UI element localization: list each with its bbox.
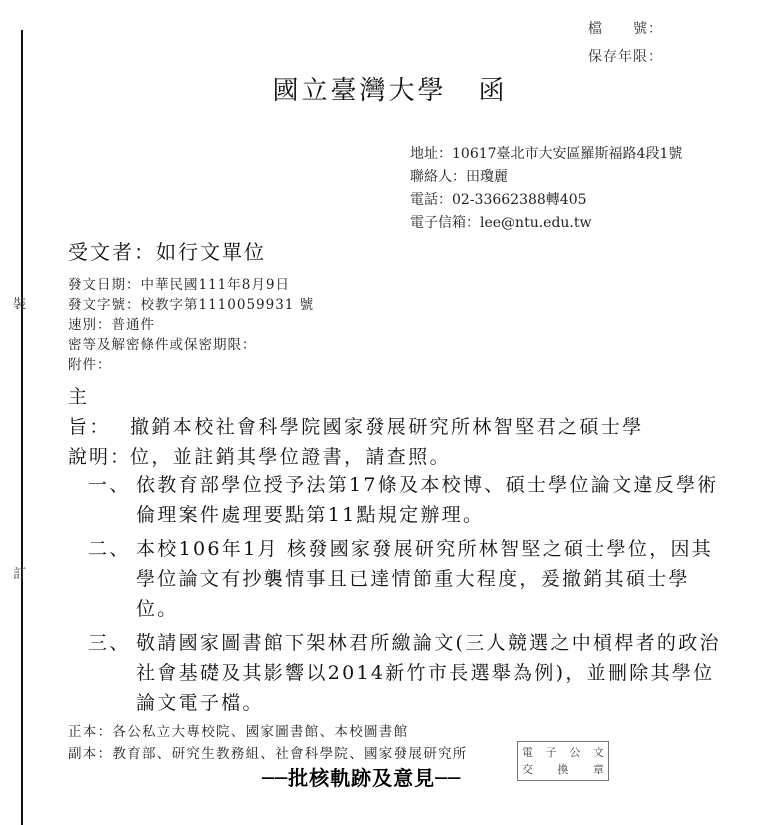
- stamp-char: 電: [522, 744, 533, 761]
- item-number: 二、: [88, 534, 131, 564]
- item-number: 一、: [88, 470, 131, 500]
- retention-period-label: 保存年限：: [588, 46, 663, 66]
- document-number: 發文字號：校教字第1110059931 號: [68, 295, 314, 315]
- explanation-item: 三、 敬請國家圖書館下架林君所繳論文(三人競選之中槓桿者的政治社會基礎及其影響以…: [88, 628, 728, 718]
- sender-contact-block: 地址：10617臺北市大安區羅斯福路4段1號 聯絡人：田瓊麗 電話：02-336…: [410, 143, 682, 235]
- recipient: 受文者：如行文單位: [68, 236, 266, 265]
- approval-trail-heading: ──批核軌跡及意見──: [262, 762, 461, 791]
- binding-mark-ding: 訂: [13, 567, 26, 583]
- explanation-item: 一、 依教育部學位授予法第17條及本校博、碩士學位論文違反學術倫理案件處理要點第…: [88, 470, 728, 530]
- stamp-char: 章: [593, 761, 604, 778]
- binding-mark-zhuang: 裝: [13, 297, 26, 313]
- stamp-char: 公: [569, 744, 580, 761]
- contact-phone: 電話：02-33662388轉405: [410, 189, 682, 212]
- issue-date: 發文日期：中華民國111年8月9日: [68, 275, 314, 295]
- document-title: 國立臺灣大學函: [0, 70, 780, 107]
- stamp-char: 文: [593, 744, 604, 761]
- stamp-char: 換: [558, 761, 569, 778]
- delivery-speed: 速別：普通件: [68, 315, 314, 335]
- distribution-block: 正本：各公私立大專校院、國家圖書館、本校圖書館 副本：教育部、研究生教務組、社會…: [68, 721, 468, 765]
- document-meta: 發文日期：中華民國111年8月9日 發文字號：校教字第1110059931 號 …: [68, 275, 314, 375]
- explanation-item: 二、 本校106年1月 核發國家發展研究所林智堅之碩士學位，因其學位論文有抄襲情…: [88, 534, 728, 624]
- explanation-label: 說明：: [68, 442, 131, 469]
- original-recipients: 正本：各公私立大專校院、國家圖書館、本校圖書館: [68, 721, 468, 743]
- attachments: 附件：: [68, 355, 314, 375]
- explanation-items: 一、 依教育部學位授予法第17條及本校博、碩士學位論文違反學術倫理案件處理要點第…: [88, 470, 728, 722]
- document-type: 函: [479, 76, 508, 106]
- item-text: 敬請國家圖書館下架林君所繳論文(三人競選之中槓桿者的政治社會基礎及其影響以201…: [136, 632, 721, 714]
- contact-email: 電子信箱：lee@ntu.edu.tw: [410, 212, 682, 235]
- item-number: 三、: [88, 628, 131, 658]
- organization-name: 國立臺灣大學: [272, 76, 446, 106]
- item-text: 本校106年1月 核發國家發展研究所林智堅之碩士學位，因其學位論文有抄襲情事且已…: [136, 538, 713, 620]
- binding-line: [21, 30, 23, 825]
- e-document-exchange-stamp: 電 子 公 文 交 換 章: [517, 741, 609, 781]
- sender-address: 地址：10617臺北市大安區羅斯福路4段1號: [410, 143, 682, 166]
- subject-section: 主旨：撤銷本校社會科學院國家發展研究所林智堅君之碩士學 位，並註銷其學位證書，請…: [68, 382, 728, 472]
- subject-label: 主旨：: [68, 382, 130, 442]
- item-text: 依教育部學位授予法第17條及本校博、碩士學位論文違反學術倫理案件處理要點第11點…: [136, 474, 719, 526]
- subject-text-line1: 撤銷本校社會科學院國家發展研究所林智堅君之碩士學: [130, 416, 644, 438]
- file-number-label: 檔 號：: [588, 18, 663, 38]
- contact-person: 聯絡人：田瓊麗: [410, 166, 682, 189]
- confidentiality: 密等及解密條件或保密期限：: [68, 335, 314, 355]
- stamp-char: 子: [546, 744, 557, 761]
- stamp-char: 交: [522, 761, 533, 778]
- subject-text-line2: 位，並註銷其學位證書，請查照。: [68, 442, 728, 472]
